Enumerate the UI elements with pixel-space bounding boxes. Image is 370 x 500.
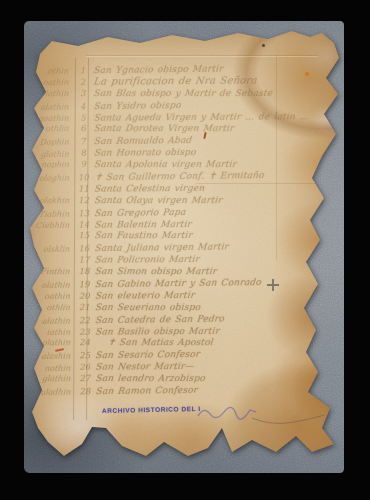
margin-word: glathin (28, 375, 79, 384)
day-number: 26 (79, 363, 92, 373)
saint-entry-text: San Gregorio Papa (90, 208, 186, 219)
day-number: 27 (79, 374, 92, 384)
saint-entry-text: San Balentin Martir (90, 219, 192, 230)
saint-entry-text: San Simon obispo Martir (91, 267, 218, 277)
day-number: 23 (79, 327, 92, 337)
margin-word: alashin (28, 352, 79, 362)
day-number: 8 (77, 149, 90, 159)
day-number: 7 (77, 137, 90, 147)
saint-entry-text: San Ygnacio obispo Martir (89, 64, 224, 76)
stamp-scribble (194, 400, 334, 434)
margin-word: uladhin (29, 388, 80, 398)
day-number: 10 (78, 173, 91, 183)
saint-entry-text: Santa Dorotea Virgen Martir (90, 124, 235, 134)
calendar-row: oathin 20 San eleuterio Martir (28, 289, 330, 303)
saint-entry-text: San Basilio obispo Martir (91, 326, 220, 337)
day-number: 28 (79, 387, 92, 397)
day-number: 2 (77, 77, 90, 87)
margin-word: othin (26, 67, 77, 77)
margin-word: Finthin (28, 268, 79, 277)
margin-word: olathin (26, 89, 77, 98)
calendar-row: 11 Santa Celestina virgen (28, 182, 330, 196)
margin-word: oathin (28, 292, 79, 301)
margin-word: glothin (27, 149, 78, 158)
margin-word: nothin (28, 363, 79, 372)
margin-word: othlin (27, 125, 78, 134)
day-number: 24 (79, 338, 92, 348)
saint-entry-text: San Romualdo Abad (90, 136, 193, 147)
saint-entry-text: San Blas obispo y Martir de Sebaste (89, 89, 273, 99)
day-number: 12 (78, 196, 91, 206)
day-number: 6 (77, 124, 90, 134)
margin-word: olsklin (28, 245, 79, 255)
day-number: 22 (79, 316, 92, 326)
day-number: 9 (78, 160, 91, 170)
saint-entry-text: San Sesario Confesor (91, 350, 200, 361)
day-number: 18 (78, 267, 91, 277)
saint-entry-text: Santa Juliana virgen Martir (90, 243, 229, 255)
horizontal-crease (86, 55, 318, 56)
saint-entry-text: Santa Celestina virgen (90, 184, 206, 195)
saint-entry-text: San Ysidro obispo (89, 101, 182, 112)
manuscript-rows: othin 1 San Ygnacio obispo Martir oathin… (27, 63, 331, 398)
margin-word: alathin (28, 316, 79, 326)
day-number: 20 (78, 291, 91, 301)
archival-photo: othin 1 San Ygnacio obispo Martir oathin… (0, 0, 370, 500)
day-number: 25 (79, 351, 92, 361)
day-number: 1 (77, 66, 90, 76)
orange-speck (305, 72, 309, 76)
day-number: 4 (77, 102, 90, 112)
paper-wrap: othin 1 San Ygnacio obispo Martir oathin… (0, 0, 370, 500)
margin-word: olathin (28, 281, 79, 291)
day-number: 14 (78, 220, 91, 230)
day-number: 3 (77, 89, 90, 99)
margin-word: Ciebhlin (27, 221, 78, 230)
saint-entry-text: San Policronio Martir (91, 255, 201, 266)
saint-entry-text: ✝ San Guillermo Conf. ✝ Ermitaño (90, 171, 265, 183)
saint-entry-text: ✝ San Matias Apostol (91, 338, 214, 348)
saint-entry-text: La purificacion de Nra Señora (89, 76, 258, 88)
saint-entry-text: San eleuterio Martir (91, 291, 196, 302)
day-number: 17 (78, 256, 91, 266)
manuscript-page: othin 1 San Ygnacio obispo Martir oathin… (26, 28, 342, 464)
saint-entry-text: San Gabino Martir y San Conrado (91, 278, 263, 290)
saint-entry-text: San Catedra de San Pedro (91, 314, 225, 326)
margin-word: Tiabhin (27, 209, 78, 219)
saint-entry-text: Santa Apolonia virgen Martir (90, 160, 238, 170)
day-number: 19 (78, 280, 91, 290)
day-number: 11 (78, 184, 91, 194)
day-number: 13 (78, 209, 91, 219)
margin-word: goathin (27, 114, 78, 123)
day-number: 16 (78, 244, 91, 254)
margin-word: olaghin (27, 174, 78, 184)
day-number: 15 (78, 231, 91, 241)
saint-entry-text: San Honorato obispo (90, 148, 197, 159)
saint-entry-text: San leandro Arzobispo (91, 374, 206, 384)
calendar-row: oathin 2 La purificacion de Nra Señora (27, 75, 329, 89)
margin-word: othlin (28, 303, 79, 312)
ink-speck (262, 44, 265, 47)
day-number: 21 (79, 303, 92, 313)
saint-entry-text: San Seueriano obispo (91, 303, 202, 313)
margin-word: alathin (27, 102, 78, 112)
saint-entry-text: Santa Agueda Virgen y Martir … de latin … (90, 112, 310, 124)
day-number: 5 (77, 113, 90, 123)
margin-word: olathin (28, 339, 79, 348)
margin-word: Dophin (27, 138, 78, 148)
margin-word: oathin (26, 78, 77, 87)
margin-word: olakhin (27, 196, 78, 205)
margin-word: iathin (28, 328, 79, 337)
saint-entry-text: San Faustino Martir (90, 231, 193, 241)
saint-entry-text: Santa Olaya virgen Martir (90, 196, 223, 206)
saint-entry-text: San Nestor Martir— (91, 362, 195, 373)
pencil-cross-mark (267, 279, 279, 291)
saint-entry-text: San Ramon Confesor (91, 386, 198, 397)
margin-word: nophin (27, 161, 78, 170)
